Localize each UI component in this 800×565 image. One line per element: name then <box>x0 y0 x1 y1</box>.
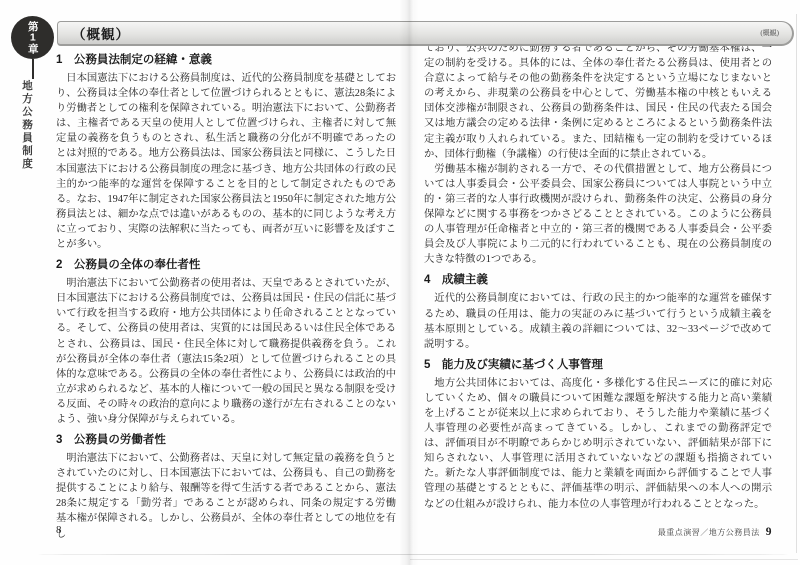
chapter-tab-stem <box>32 59 34 79</box>
body-paragraph-continuation: ており、公共のために勤務する者であることから、その労働基本権は、一定の制約を受け… <box>424 41 772 162</box>
right-page-footer: 最重点演習／地方公務員法9 <box>424 526 772 538</box>
right-page-column: ており、公共のために勤務する者であることから、その労働基本権は、一定の制約を受け… <box>424 41 772 512</box>
chapter-badge: 第1章 <box>11 16 54 59</box>
section-heading: 3 公務員の労働者性 <box>56 432 396 448</box>
section-heading: 2 公務員の全体の奉仕者性 <box>56 257 396 273</box>
section-header-title: （概観） <box>72 23 130 43</box>
page-gutter-shadow <box>399 0 419 565</box>
body-paragraph: 明治憲法下において、公勤務者は、天皇に対して無定量の義務を負うとされていたのに対… <box>56 451 396 542</box>
section-heading: 4 成績主義 <box>424 272 772 288</box>
footer-label: 最重点演習／地方公務員法 <box>658 528 760 537</box>
section-header-bar: （概観） (概観) <box>57 21 794 46</box>
body-paragraph: 日本国憲法下における公務員制度は、近代的公務員制度を基礎としており、公務員は全体… <box>56 71 396 252</box>
left-page-number: 8 <box>56 524 62 536</box>
body-paragraph: 労働基本権が制約される一方で、その代償措置として、地方公務員については人事委員会… <box>424 162 772 268</box>
section-heading: 1 公務員法制定の経緯・意義 <box>56 52 396 68</box>
body-paragraph: 地方公共団体においては、高度化・多様化する住民ニーズに的確に対応していくため、個… <box>424 376 772 512</box>
right-page-number: 9 <box>766 526 772 538</box>
page-edge-shadow <box>410 559 798 560</box>
section-heading: 5 能力及び実績に基づく人事管理 <box>424 357 772 373</box>
section-header-end-label: (概観) <box>760 28 779 38</box>
left-page-column: 1 公務員法制定の経緯・意義 日本国憲法下における公務員制度は、近代的公務員制度… <box>56 52 396 542</box>
chapter-side-label: 地方公務員制度 <box>20 80 35 171</box>
page-edge-shadow <box>796 14 797 553</box>
body-paragraph: 明治憲法下において公勤務者の使用者は、天皇であるとされていたが、日本国憲法下にお… <box>56 276 396 427</box>
body-paragraph: 近代的公務員制度においては、行政の民主的かつ能率的な運営を確保するため、職員の任… <box>424 291 772 351</box>
book-spread: 第1章 地方公務員制度 （概観） (概観) 1 公務員法制定の経緯・意義 日本国… <box>0 0 800 565</box>
chapter-label: 第1章 <box>27 21 38 54</box>
